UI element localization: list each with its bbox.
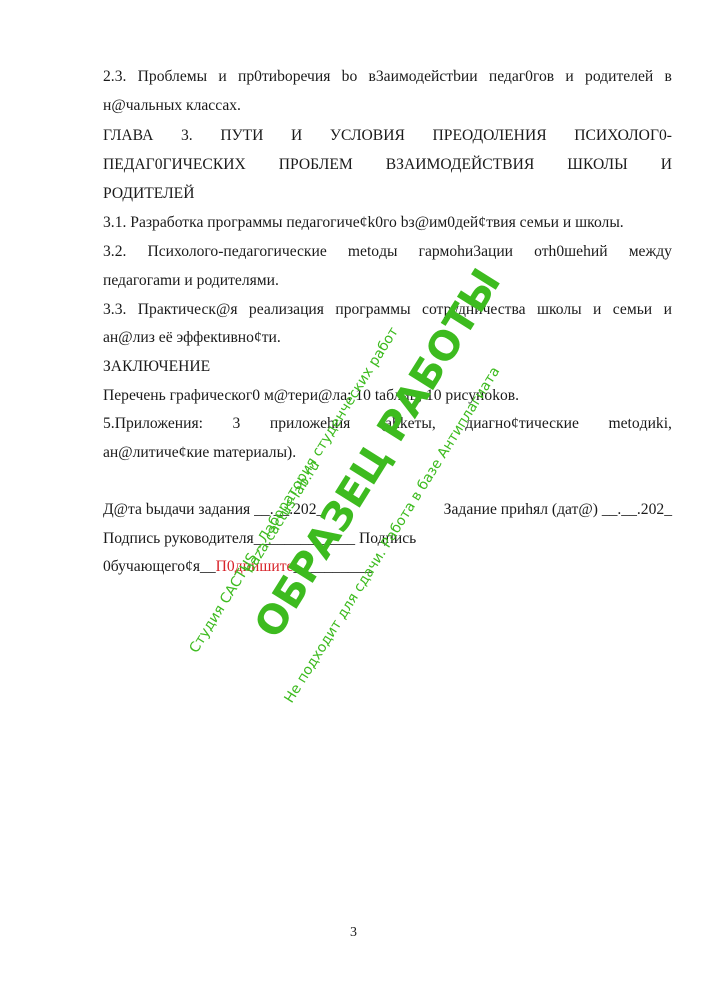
word: семьи bbox=[613, 300, 652, 320]
toc-line-3-1: 3.1. Разработка программы педагогичеȼk0г… bbox=[103, 213, 672, 233]
toc-line-3-2-cont: педагогаmи и родителями. bbox=[103, 271, 672, 291]
word: гармоhи3ации bbox=[419, 242, 513, 262]
accepted-date: Задание приhял (дат@) __.__.202_ bbox=[444, 500, 672, 520]
word: 2.3. bbox=[103, 67, 126, 87]
word: между bbox=[629, 242, 672, 262]
toc-line-3-2: 3.2.Психолого-педагогическиеmetoдыгармоh… bbox=[103, 242, 672, 262]
page-number: 3 bbox=[0, 925, 707, 941]
word: Практическ@я bbox=[138, 300, 238, 320]
toc-line-2-3-cont: н@чальных классах. bbox=[103, 96, 672, 116]
word: и bbox=[593, 300, 601, 320]
word: педаг0гов bbox=[489, 67, 554, 87]
word: ПСИХОЛОГ0- bbox=[574, 126, 672, 146]
word: ШКОЛЫ bbox=[567, 155, 627, 175]
word: Проблемы bbox=[138, 67, 207, 87]
word: ПРОБЛЕМ bbox=[279, 155, 353, 175]
word: диагноȼтические bbox=[465, 414, 579, 434]
word: и bbox=[218, 67, 226, 87]
word: пр0тиbоречия bbox=[238, 67, 330, 87]
word: и bbox=[565, 67, 573, 87]
word: ГЛАВА bbox=[103, 126, 153, 146]
word: 3.3. bbox=[103, 300, 126, 320]
word: в3аимодейстbии bbox=[369, 67, 478, 87]
word: ПРЕОДОЛЕНИЯ bbox=[433, 126, 547, 146]
chapter-3-heading: ГЛАВА3.ПУТИИУСЛОВИЯПРЕОДОЛЕНИЯПСИХОЛОГ0- bbox=[103, 126, 672, 146]
word: ВЗАИМОДЕЙСТВИЯ bbox=[386, 155, 535, 175]
word: И bbox=[291, 126, 302, 146]
word: и bbox=[664, 300, 672, 320]
word: в bbox=[665, 67, 672, 87]
word: metoды bbox=[348, 242, 398, 262]
word: 3.2. bbox=[103, 242, 126, 262]
toc-line-3-3: 3.3.Практическ@яреализацияпрограммысотру… bbox=[103, 300, 672, 320]
word: ПУТИ bbox=[220, 126, 263, 146]
chapter-3-heading-cont: ПЕДАГ0ГИЧЕСКИХПРОБЛЕМВЗАИМОДЕЙСТВИЯШКОЛЫ… bbox=[103, 155, 672, 175]
dates-line: Д@та bыдачи задания __.__.202_ Задание п… bbox=[103, 500, 672, 520]
word: родителей bbox=[585, 67, 653, 87]
document-page: 2.3.Проблемыипр0тиbоречияbов3аимодейстbи… bbox=[0, 0, 707, 1000]
word: школы bbox=[537, 300, 582, 320]
word: 5.Приложения: bbox=[103, 414, 203, 434]
word: УСЛОВИЯ bbox=[330, 126, 405, 146]
word: Психолого-педагогические bbox=[148, 242, 327, 262]
toc-line-2-3: 2.3.Проблемыипр0тиbоречияbов3аимодейстbи… bbox=[103, 67, 672, 87]
word: metoдиki, bbox=[608, 414, 672, 434]
word: 3. bbox=[181, 126, 193, 146]
word: программы bbox=[335, 300, 410, 320]
word: И bbox=[661, 155, 672, 175]
word: отh0шеhий bbox=[534, 242, 607, 262]
word: 3 bbox=[233, 414, 241, 434]
conclusion-heading: ЗАКЛЮЧЕНИЕ bbox=[103, 357, 672, 377]
student-signature-line: 0бучающегоȼя__П0дпишите__________ bbox=[103, 557, 672, 577]
chapter-3-heading-end: РОДИТЕЛЕЙ bbox=[103, 184, 672, 204]
word: ПЕДАГ0ГИЧЕСКИХ bbox=[103, 155, 246, 175]
word: реализация bbox=[249, 300, 324, 320]
word: bо bbox=[342, 67, 358, 87]
